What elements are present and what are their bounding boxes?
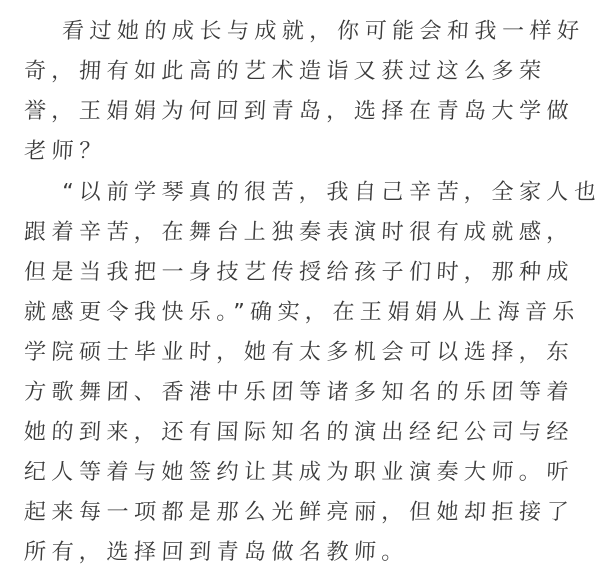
text-line: 就感更令我快乐。”确实，在王娟娟从上海音乐 [23, 293, 585, 333]
text-line: “以前学琴真的很苦，我自己辛苦，全家人也 [61, 173, 585, 213]
text-line: 方歌舞团、香港中乐团等诸多知名的乐团等着 [23, 373, 585, 413]
text-line: 所有，选择回到青岛做名教师。 [23, 533, 585, 573]
text-line: 起来每一项都是那么光鲜亮丽，但她却拒接了 [23, 493, 585, 533]
text-line: 看过她的成长与成就，你可能会和我一样好 [61, 12, 585, 52]
text-line: 纪人等着与她签约让其成为职业演奏大师。听 [23, 453, 585, 493]
text-line: 但是当我把一身技艺传授给孩子们时，那种成 [23, 253, 585, 293]
text-line: 奇，拥有如此高的艺术造诣又获过这么多荣 [23, 52, 585, 92]
text-line: 她的到来，还有国际知名的演出经纪公司与经 [23, 413, 585, 453]
text-line: 学院硕士毕业时，她有太多机会可以选择，东 [23, 333, 585, 373]
text-line: 老师？ [23, 132, 585, 172]
document-page: 看过她的成长与成就，你可能会和我一样好 奇，拥有如此高的艺术造诣又获过这么多荣 … [0, 0, 608, 585]
text-line: 跟着辛苦，在舞台上独奏表演时很有成就感， [23, 213, 585, 253]
text-line: 誉，王娟娟为何回到青岛，选择在青岛大学做 [23, 92, 585, 132]
